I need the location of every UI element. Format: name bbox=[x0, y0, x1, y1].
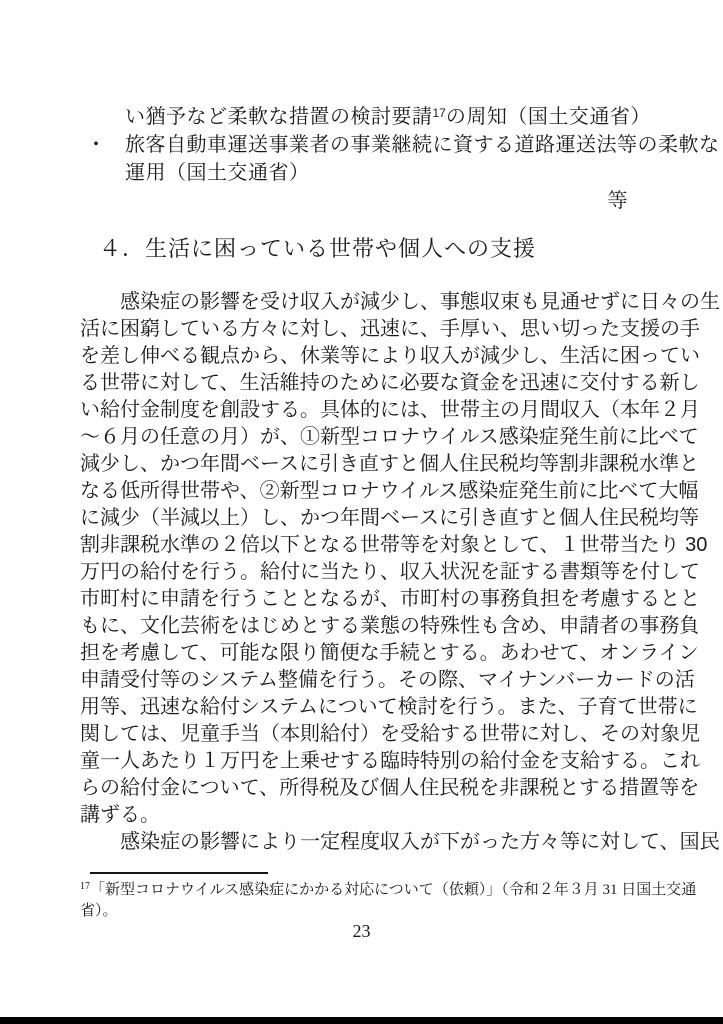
intro-list: い猶予など柔軟な措置の検討要請17の周知（国土交通省） ・旅客自動車運送事業者の… bbox=[80, 103, 684, 215]
footnote: 17「新型コロナウイルス感染症にかかる対応について（依頼）」（令和２年３月 31… bbox=[80, 880, 684, 922]
footnote-marker: 17 bbox=[80, 881, 90, 892]
list-item: ・旅客自動車運送事業者の事業継続に資する道路運送法等の柔軟な bbox=[80, 131, 684, 159]
footnote-ref-17: 17 bbox=[433, 106, 446, 120]
bullet-icon: ・ bbox=[86, 131, 107, 159]
body-paragraph-2: 感染症の影響により一定程度収入が下がった方々等に対して、国民 bbox=[80, 829, 700, 856]
list-item-text: の周知（国土交通省） bbox=[446, 106, 651, 128]
page-number: 23 bbox=[0, 921, 723, 942]
etc-label: 等 bbox=[80, 187, 684, 215]
document-page: い猶予など柔軟な措置の検討要請17の周知（国土交通省） ・旅客自動車運送事業者の… bbox=[0, 0, 723, 1024]
bottom-edge-bar bbox=[0, 1017, 723, 1024]
footnote-text: 「新型コロナウイルス感染症にかかる対応について（依頼）」（令和２年３月 31 日… bbox=[80, 882, 696, 919]
list-item-text: 旅客自動車運送事業者の事業継続に資する道路運送法等の柔軟な bbox=[125, 134, 720, 156]
footnote-divider bbox=[90, 872, 268, 874]
list-item-continuation: 運用（国土交通省） bbox=[80, 159, 684, 187]
body-paragraph-1: 感染症の影響を受け収入が減少し、事態収束も見通せずに日々の生 活に困窮している方… bbox=[80, 289, 700, 829]
section-heading: ４．生活に困っている世帯や個人への支援 bbox=[99, 234, 536, 264]
list-item-continuation: い猶予など柔軟な措置の検討要請17の周知（国土交通省） bbox=[80, 103, 684, 131]
list-item-text: い猶予など柔軟な措置の検討要請 bbox=[125, 106, 433, 128]
